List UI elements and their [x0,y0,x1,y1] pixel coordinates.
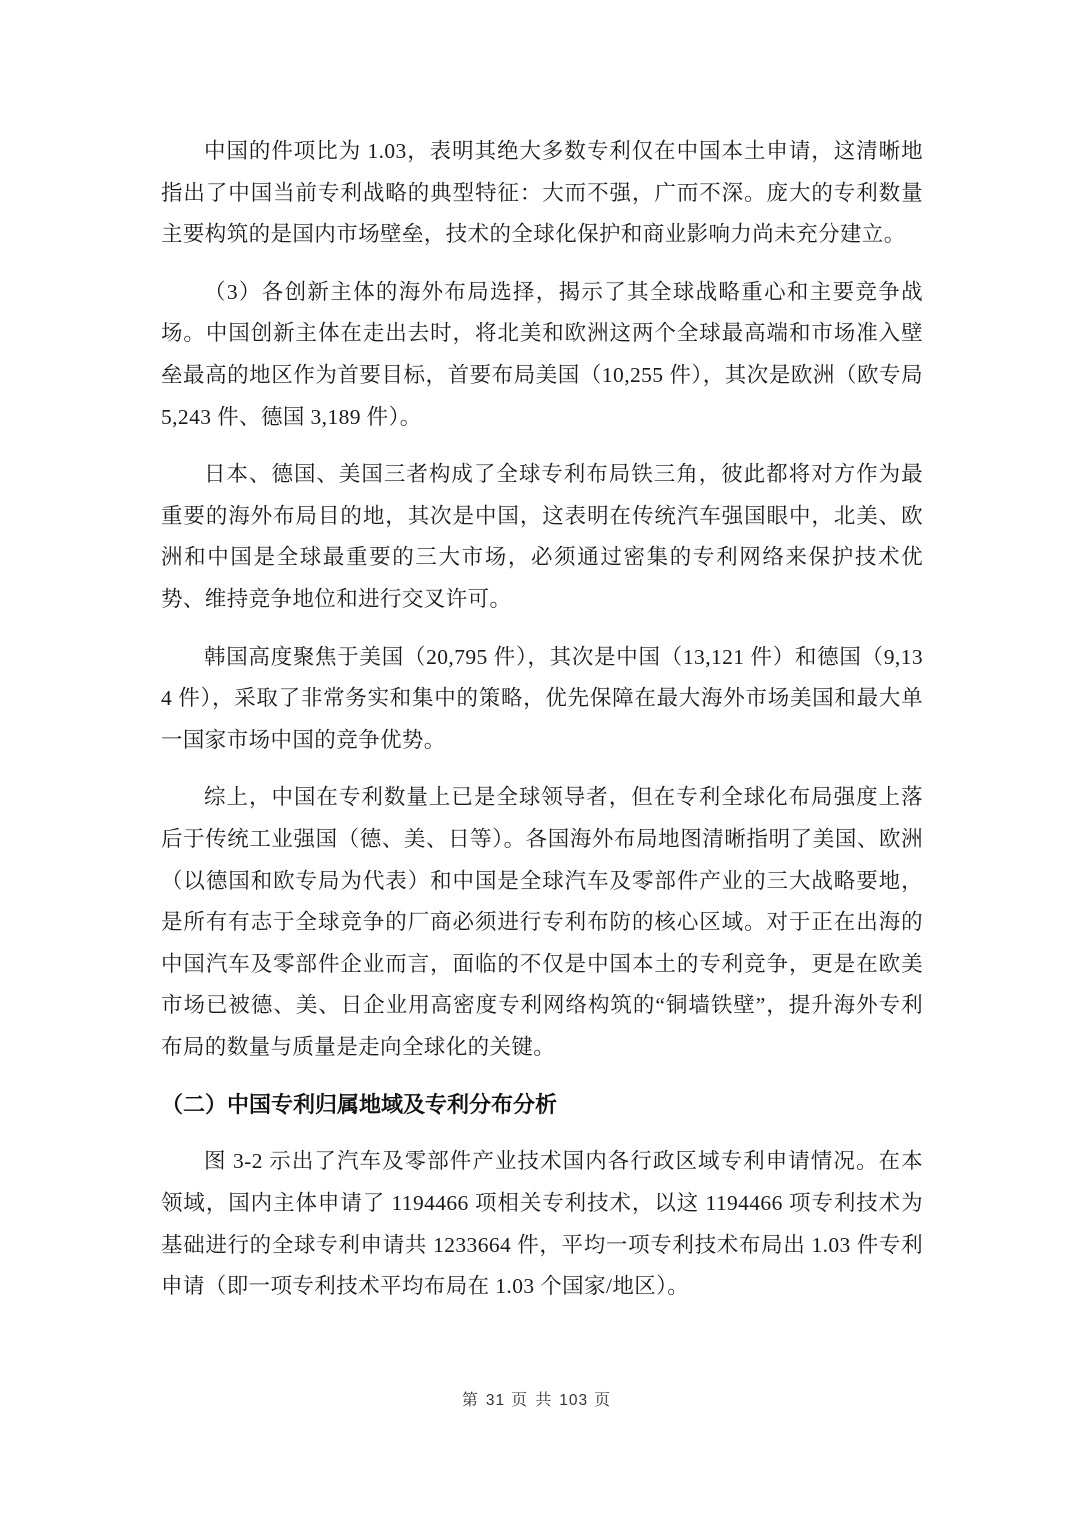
footer-total-pages: 103 [559,1392,588,1409]
body-paragraph: 中国的件项比为 1.03，表明其绝大多数专利仅在中国本土申请，这清晰地指出了中国… [161,131,923,256]
body-paragraph: 韩国高度聚焦于美国（20,795 件），其次是中国（13,121 件）和德国（9… [161,637,923,762]
document-body: 中国的件项比为 1.03，表明其绝大多数专利仅在中国本土申请，这清晰地指出了中国… [161,131,923,1308]
footer-page-number: 31 [486,1392,505,1409]
page-footer: 第 31 页 共 103 页 [0,1391,1074,1411]
footer-of-label: 共 [535,1392,553,1409]
body-paragraph: （3）各创新主体的海外布局选择，揭示了其全球战略重心和主要竞争战场。中国创新主体… [161,272,923,438]
document-page: 中国的件项比为 1.03，表明其绝大多数专利仅在中国本土申请，这清晰地指出了中国… [0,0,1074,1520]
body-paragraph: 日本、德国、美国三者构成了全球专利布局铁三角，彼此都将对方作为最重要的海外布局目… [161,454,923,620]
body-paragraph: 综上，中国在专利数量上已是全球领导者，但在专利全球化布局强度上落后于传统工业强国… [161,777,923,1068]
body-paragraph: 图 3-2 示出了汽车及零部件产业技术国内各行政区域专利申请情况。在本领域，国内… [161,1141,923,1307]
section-heading: （二）中国专利归属地域及专利分布分析 [161,1084,923,1126]
footer-prefix-label: 第 [462,1392,480,1409]
footer-page-label: 页 [511,1392,529,1409]
footer-total-label: 页 [594,1392,612,1409]
